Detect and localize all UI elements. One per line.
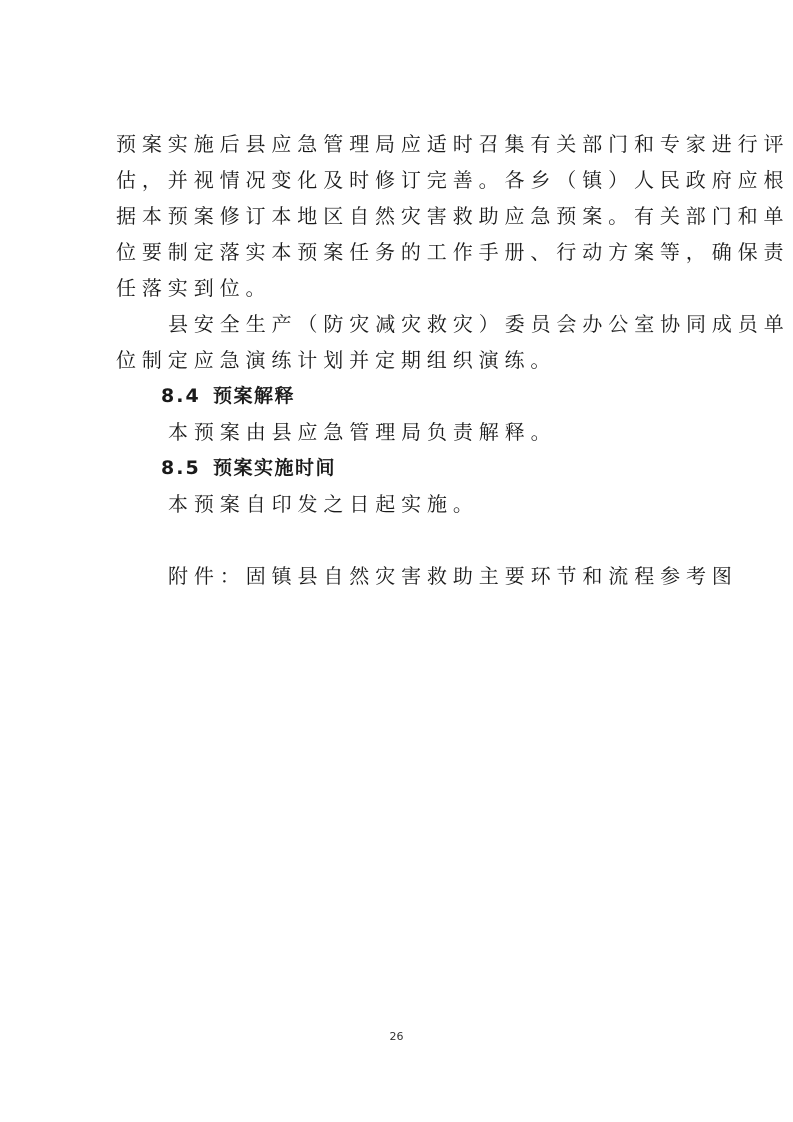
section-number: 8.4 bbox=[161, 378, 213, 414]
text-line: 任落实到位。 bbox=[116, 270, 692, 306]
section-number: 8.5 bbox=[161, 450, 213, 486]
section-title: 预案解释 bbox=[213, 385, 295, 407]
attachment-note: 附件：固镇县自然灾害救助主要环节和流程参考图 bbox=[116, 558, 692, 594]
section-title: 预案实施时间 bbox=[213, 457, 336, 479]
paragraph-drills: 县安全生产（防灾减灾救灾）委员会办公室协同成员单 位制定应急演练计划并定期组织演… bbox=[116, 306, 692, 378]
text-line: 据本预案修订本地区自然灾害救助应急预案。有关部门和单 bbox=[116, 198, 692, 234]
text-line: 县安全生产（防灾减灾救灾）委员会办公室协同成员单 bbox=[116, 306, 692, 342]
text-line: 位制定应急演练计划并定期组织演练。 bbox=[116, 342, 692, 378]
text-line: 估，并视情况变化及时修订完善。各乡（镇）人民政府应根 bbox=[116, 162, 692, 198]
text-line: 位要制定落实本预案任务的工作手册、行动方案等，确保责 bbox=[116, 234, 692, 270]
section-heading: 8.4预案解释 bbox=[116, 378, 692, 414]
page-number: 26 bbox=[0, 1030, 793, 1043]
section-8-5: 8.5预案实施时间 本预案自印发之日起实施。 bbox=[116, 450, 692, 522]
paragraph-plan-revision: 预案实施后县应急管理局应适时召集有关部门和专家进行评 估，并视情况变化及时修订完… bbox=[116, 126, 692, 306]
section-heading: 8.5预案实施时间 bbox=[116, 450, 692, 486]
blank-line bbox=[116, 522, 692, 558]
section-body: 本预案由县应急管理局负责解释。 bbox=[116, 414, 692, 450]
document-page: 预案实施后县应急管理局应适时召集有关部门和专家进行评 估，并视情况变化及时修订完… bbox=[0, 0, 793, 1122]
page-content: 预案实施后县应急管理局应适时召集有关部门和专家进行评 估，并视情况变化及时修订完… bbox=[116, 126, 692, 594]
text-line: 预案实施后县应急管理局应适时召集有关部门和专家进行评 bbox=[116, 126, 692, 162]
section-8-4: 8.4预案解释 本预案由县应急管理局负责解释。 bbox=[116, 378, 692, 450]
section-body: 本预案自印发之日起实施。 bbox=[116, 486, 692, 522]
